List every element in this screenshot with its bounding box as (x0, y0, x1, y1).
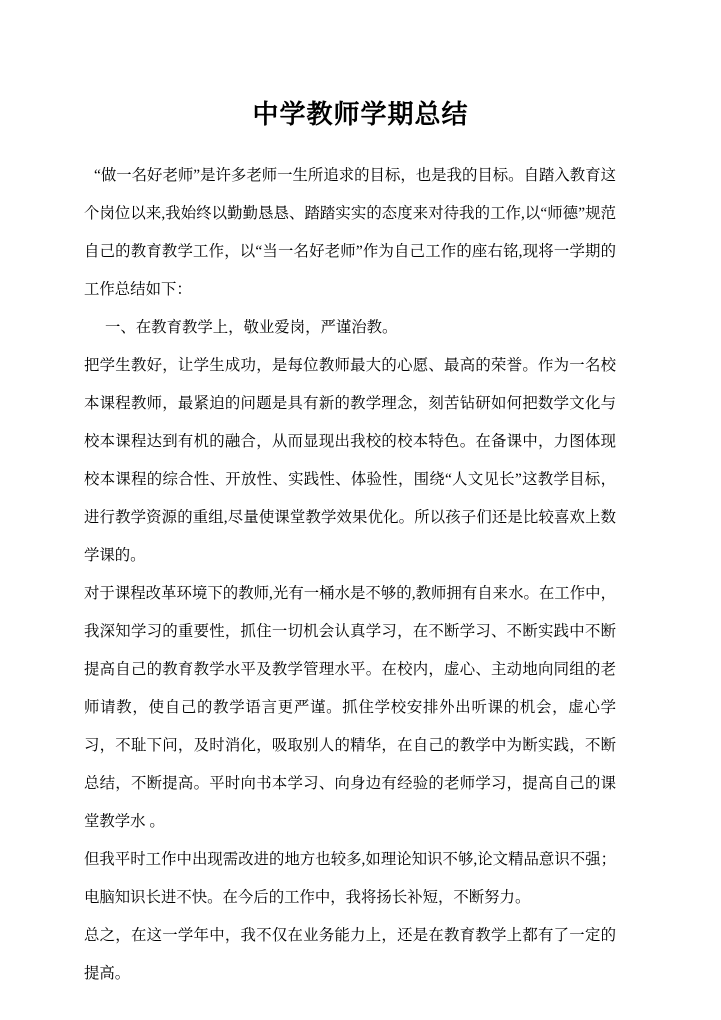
page-title: 中学教师学期总结 (0, 99, 721, 131)
document-page: 中学教师学期总结 “做一名好老师”是许多老师一生所追求的目标，也是我的目标。自踏… (0, 0, 721, 1020)
paragraph: 一、在教育教学上，敬业爱岗，严谨治教。 (84, 309, 616, 347)
paragraph: 总之，在这一学年中，我不仅在业务能力上，还是在教育教学上都有了一定的提高。 (84, 917, 616, 993)
document-body: “做一名好老师”是许多老师一生所追求的目标，也是我的目标。自踏入教育这个岗位以来… (84, 157, 616, 993)
paragraph: 但我平时工作中出现需改进的地方也较多,如理论知识不够,论文精品意识不强；电脑知识… (84, 841, 616, 917)
paragraph: 把学生教好，让学生成功，是每位教师最大的心愿、最高的荣誉。作为一名校本课程教师，… (84, 347, 616, 575)
paragraph: 对于课程改革环境下的教师,光有一桶水是不够的,教师拥有自来水。在工作中，我深知学… (84, 575, 616, 841)
paragraph: “做一名好老师”是许多老师一生所追求的目标，也是我的目标。自踏入教育这个岗位以来… (84, 157, 616, 309)
